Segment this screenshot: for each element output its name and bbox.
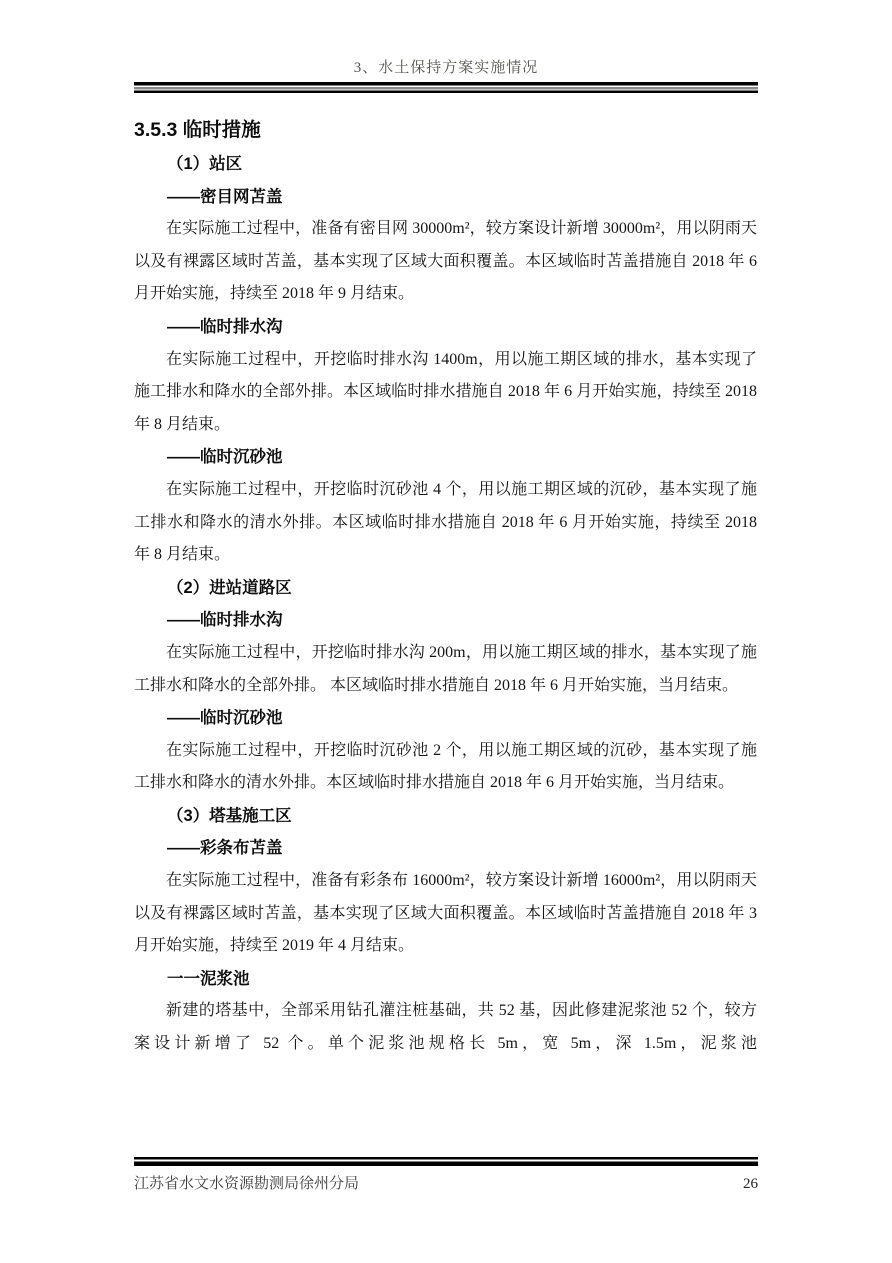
body-paragraph: 在实际施工过程中，开挖临时排水沟 200m，用以施工期区域的排水，基本实现了施工… [134,637,757,702]
section-heading-3-5-3: 3.5.3 临时措施 [134,112,757,148]
dash-heading: ——临时沉砂池 [134,441,757,474]
body-paragraph: 在实际施工过程中，准备有密目网 30000m²，较方案设计新增 30000m²，… [134,213,757,311]
subsection-heading: （2）进站道路区 [134,572,757,605]
page-footer: 江苏省水文水资源勘测局徐州分局 26 [134,1172,758,1193]
subsection-heading: （3）塔基施工区 [134,800,757,833]
page-number: 26 [743,1176,758,1193]
header-divider-rule [134,82,758,93]
document-page: 3、水土保持方案实施情况 3.5.3 临时措施 （1）站区 ——密目网苫盖 在实… [0,0,892,1263]
subsection-heading: （1）站区 [134,148,757,181]
footer-organization: 江苏省水文水资源勘测局徐州分局 [134,1172,359,1193]
dash-heading: 一一泥浆池 [134,963,757,996]
dash-heading: ——临时排水沟 [134,604,757,637]
dash-heading: ——临时排水沟 [134,311,757,344]
footer-divider-rule [134,1157,758,1166]
dash-heading: ——彩条布苫盖 [134,832,757,865]
body-paragraph: 在实际施工过程中，准备有彩条布 16000m²，较方案设计新增 16000m²，… [134,865,757,963]
running-header-title: 3、水土保持方案实施情况 [0,56,892,77]
dash-heading: ——密目网苫盖 [134,181,757,214]
body-paragraph: 在实际施工过程中，开挖临时沉砂池 4 个，用以施工期区域的沉砂，基本实现了施工排… [134,474,757,572]
body-paragraph-continued: 新建的塔基中，全部采用钻孔灌注桩基础，共 52 基，因此修建泥浆池 52 个，较… [134,995,757,1060]
body-paragraph: 在实际施工过程中，开挖临时排水沟 1400m，用以施工期区域的排水，基本实现了施… [134,344,757,442]
page-body: 3.5.3 临时措施 （1）站区 ——密目网苫盖 在实际施工过程中，准备有密目网… [134,112,757,1061]
dash-heading: ——临时沉砂池 [134,702,757,735]
body-paragraph: 在实际施工过程中，开挖临时沉砂池 2 个，用以施工期区域的沉砂，基本实现了施工排… [134,735,757,800]
